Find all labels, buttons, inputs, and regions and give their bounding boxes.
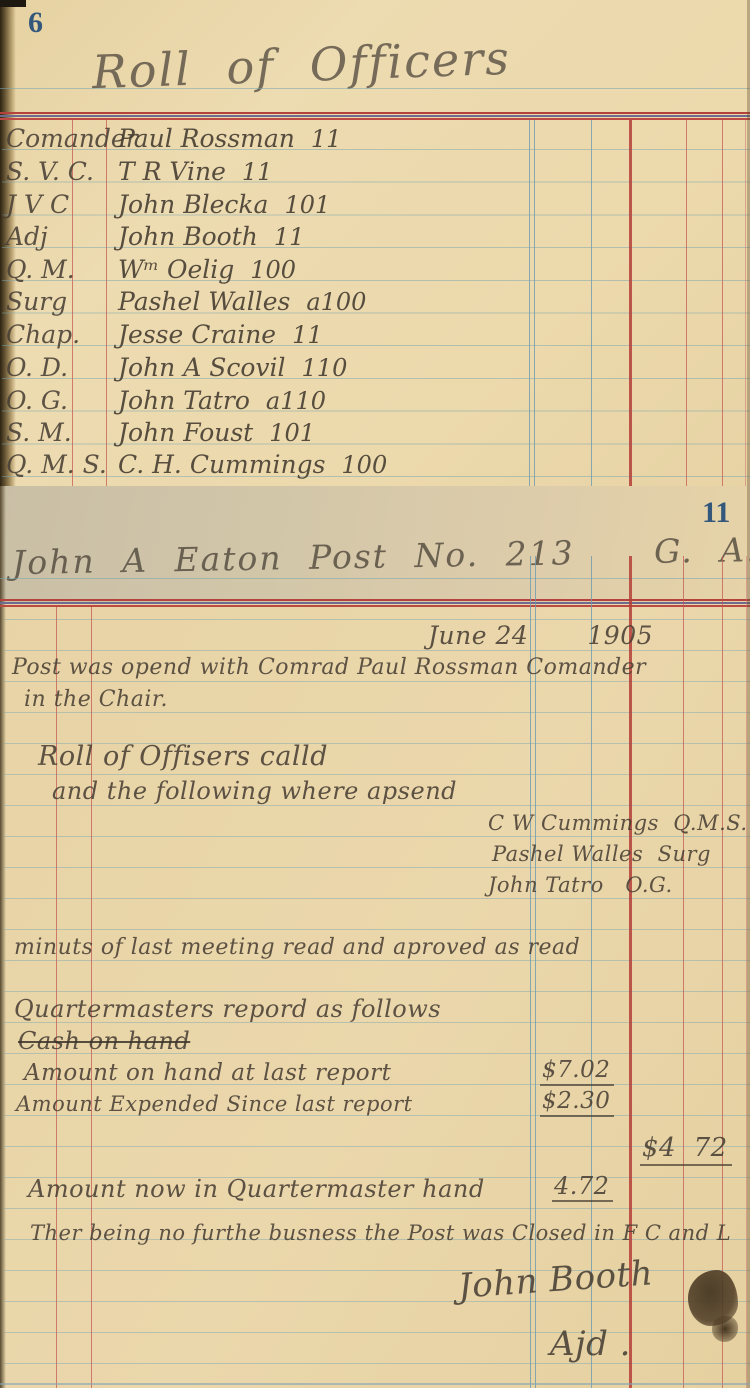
roster-row: Comander Paul Rossman11 — [0, 124, 750, 157]
attendance-marks: 11 — [292, 321, 323, 349]
officer-name: John A Scovil110 — [118, 353, 347, 382]
bottom-edge-line — [0, 1383, 750, 1385]
ledger-page-6: 6 Roll of Officers Comander Paul Rossman… — [0, 0, 750, 486]
office-label: S. V. C. — [6, 157, 94, 186]
report-row-amount: $2.30 — [540, 1089, 614, 1117]
roster-row: O. G. John Tatroa110 — [0, 386, 750, 419]
office-label: O. D. — [6, 353, 68, 382]
attendance-marks: 11 — [311, 125, 342, 153]
roster-row: O. D. John A Scovil110 — [0, 353, 750, 386]
roster-row: Surg Pashel Wallesa100 — [0, 287, 750, 320]
officer-name: C. H. Cummings100 — [118, 450, 387, 479]
officer-name: John Blecka101 — [118, 190, 330, 219]
absent-entry: C W Cummings Q.M.S. — [488, 812, 748, 835]
officer-name: Paul Rossman11 — [118, 124, 341, 153]
attendance-marks: 11 — [242, 158, 273, 186]
ruled-line — [0, 88, 750, 89]
roster-row: S. V. C. T R Vine11 — [0, 157, 750, 190]
closing-line: Ther being no furthe busness the Post wa… — [30, 1222, 731, 1245]
absent-office: Surg — [658, 842, 711, 866]
attendance-marks: 100 — [341, 451, 387, 479]
roster-row: J V C John Blecka101 — [0, 190, 750, 223]
ledger-scan: 6 Roll of Officers Comander Paul Rossman… — [0, 0, 750, 1388]
attendance-marks: 101 — [284, 191, 330, 219]
officer-name: T R Vine11 — [118, 157, 272, 186]
roster-row: S. M. John Foust101 — [0, 418, 750, 451]
officer-name: Jesse Craine11 — [118, 320, 323, 349]
attendance-marks: a100 — [306, 288, 366, 316]
attendance-marks: 101 — [269, 419, 315, 447]
roster-row: Adj John Booth11 — [0, 222, 750, 255]
roster-row: Q. M. S. C. H. Cummings100 — [0, 450, 750, 483]
office-label: Surg — [6, 287, 67, 316]
officer-name: John Tatroa110 — [118, 386, 326, 415]
office-label: Chap. — [6, 320, 80, 349]
scan-corner-mark — [0, 0, 26, 7]
header-rule-band — [0, 112, 750, 120]
attendance-marks: 100 — [250, 256, 296, 284]
ledger-page-11: 11 John A Eaton Post No. 213 G. A. R. Ju… — [0, 486, 750, 1388]
column-line — [722, 556, 723, 1388]
office-label: Adj — [6, 222, 48, 251]
opening-line: Post was opend with Comrad Paul Rossman … — [12, 656, 646, 680]
balance-label: Amount now in Quartermaster hand — [28, 1176, 485, 1202]
officer-name: John Foust101 — [118, 418, 315, 447]
absent-entry: John Tatro O.G. — [488, 874, 673, 897]
qm-report-heading: Quartermasters repord as follows — [14, 996, 441, 1022]
balance-amount: 4.72 — [552, 1173, 613, 1202]
report-row-label: Amount Expended Since last report — [16, 1093, 413, 1116]
officer-name: Pashel Wallesa100 — [118, 287, 366, 316]
roll-call-line: Roll of Offisers calld — [38, 742, 328, 772]
opening-line: in the Chair. — [24, 688, 168, 712]
date-line: June 24 1905 — [428, 622, 653, 650]
absent-intro: and the following where apsend — [52, 778, 457, 804]
report-row-label: Amount on hand at last report — [24, 1061, 391, 1086]
attendance-marks: a110 — [266, 387, 326, 415]
office-label: O. G. — [6, 386, 68, 415]
attendance-marks: 110 — [302, 354, 348, 382]
absent-entry: Pashel Walles Surg — [492, 843, 711, 866]
office-label: Q. M. S. — [6, 450, 107, 479]
struck-line: Cash on hand — [18, 1028, 190, 1054]
office-label: Q. M. — [6, 255, 75, 284]
report-row-amount: $7.02 — [540, 1058, 614, 1086]
roster-row: Q. M. Wᵐ Oelig100 — [0, 255, 750, 288]
office-label: S. M. — [6, 418, 72, 447]
office-label: J V C — [6, 190, 69, 219]
ruled-line — [0, 578, 750, 579]
signature-title: Ajd . — [550, 1326, 631, 1363]
header-rule-band — [0, 599, 750, 607]
officer-name: Wᵐ Oelig100 — [118, 255, 296, 284]
page-number-11: 11 — [702, 496, 730, 530]
absent-office: O.G. — [625, 873, 672, 897]
attendance-marks: 11 — [274, 223, 305, 251]
report-total: $4 72 — [640, 1134, 732, 1166]
roster-row: Chap. Jesse Craine11 — [0, 320, 750, 353]
officer-name: John Booth11 — [118, 222, 304, 251]
column-line — [683, 556, 684, 1388]
minutes-line: minuts of last meeting read and aproved … — [14, 936, 580, 960]
page-number-6: 6 — [28, 6, 43, 40]
absent-office: Q.M.S. — [673, 811, 747, 835]
